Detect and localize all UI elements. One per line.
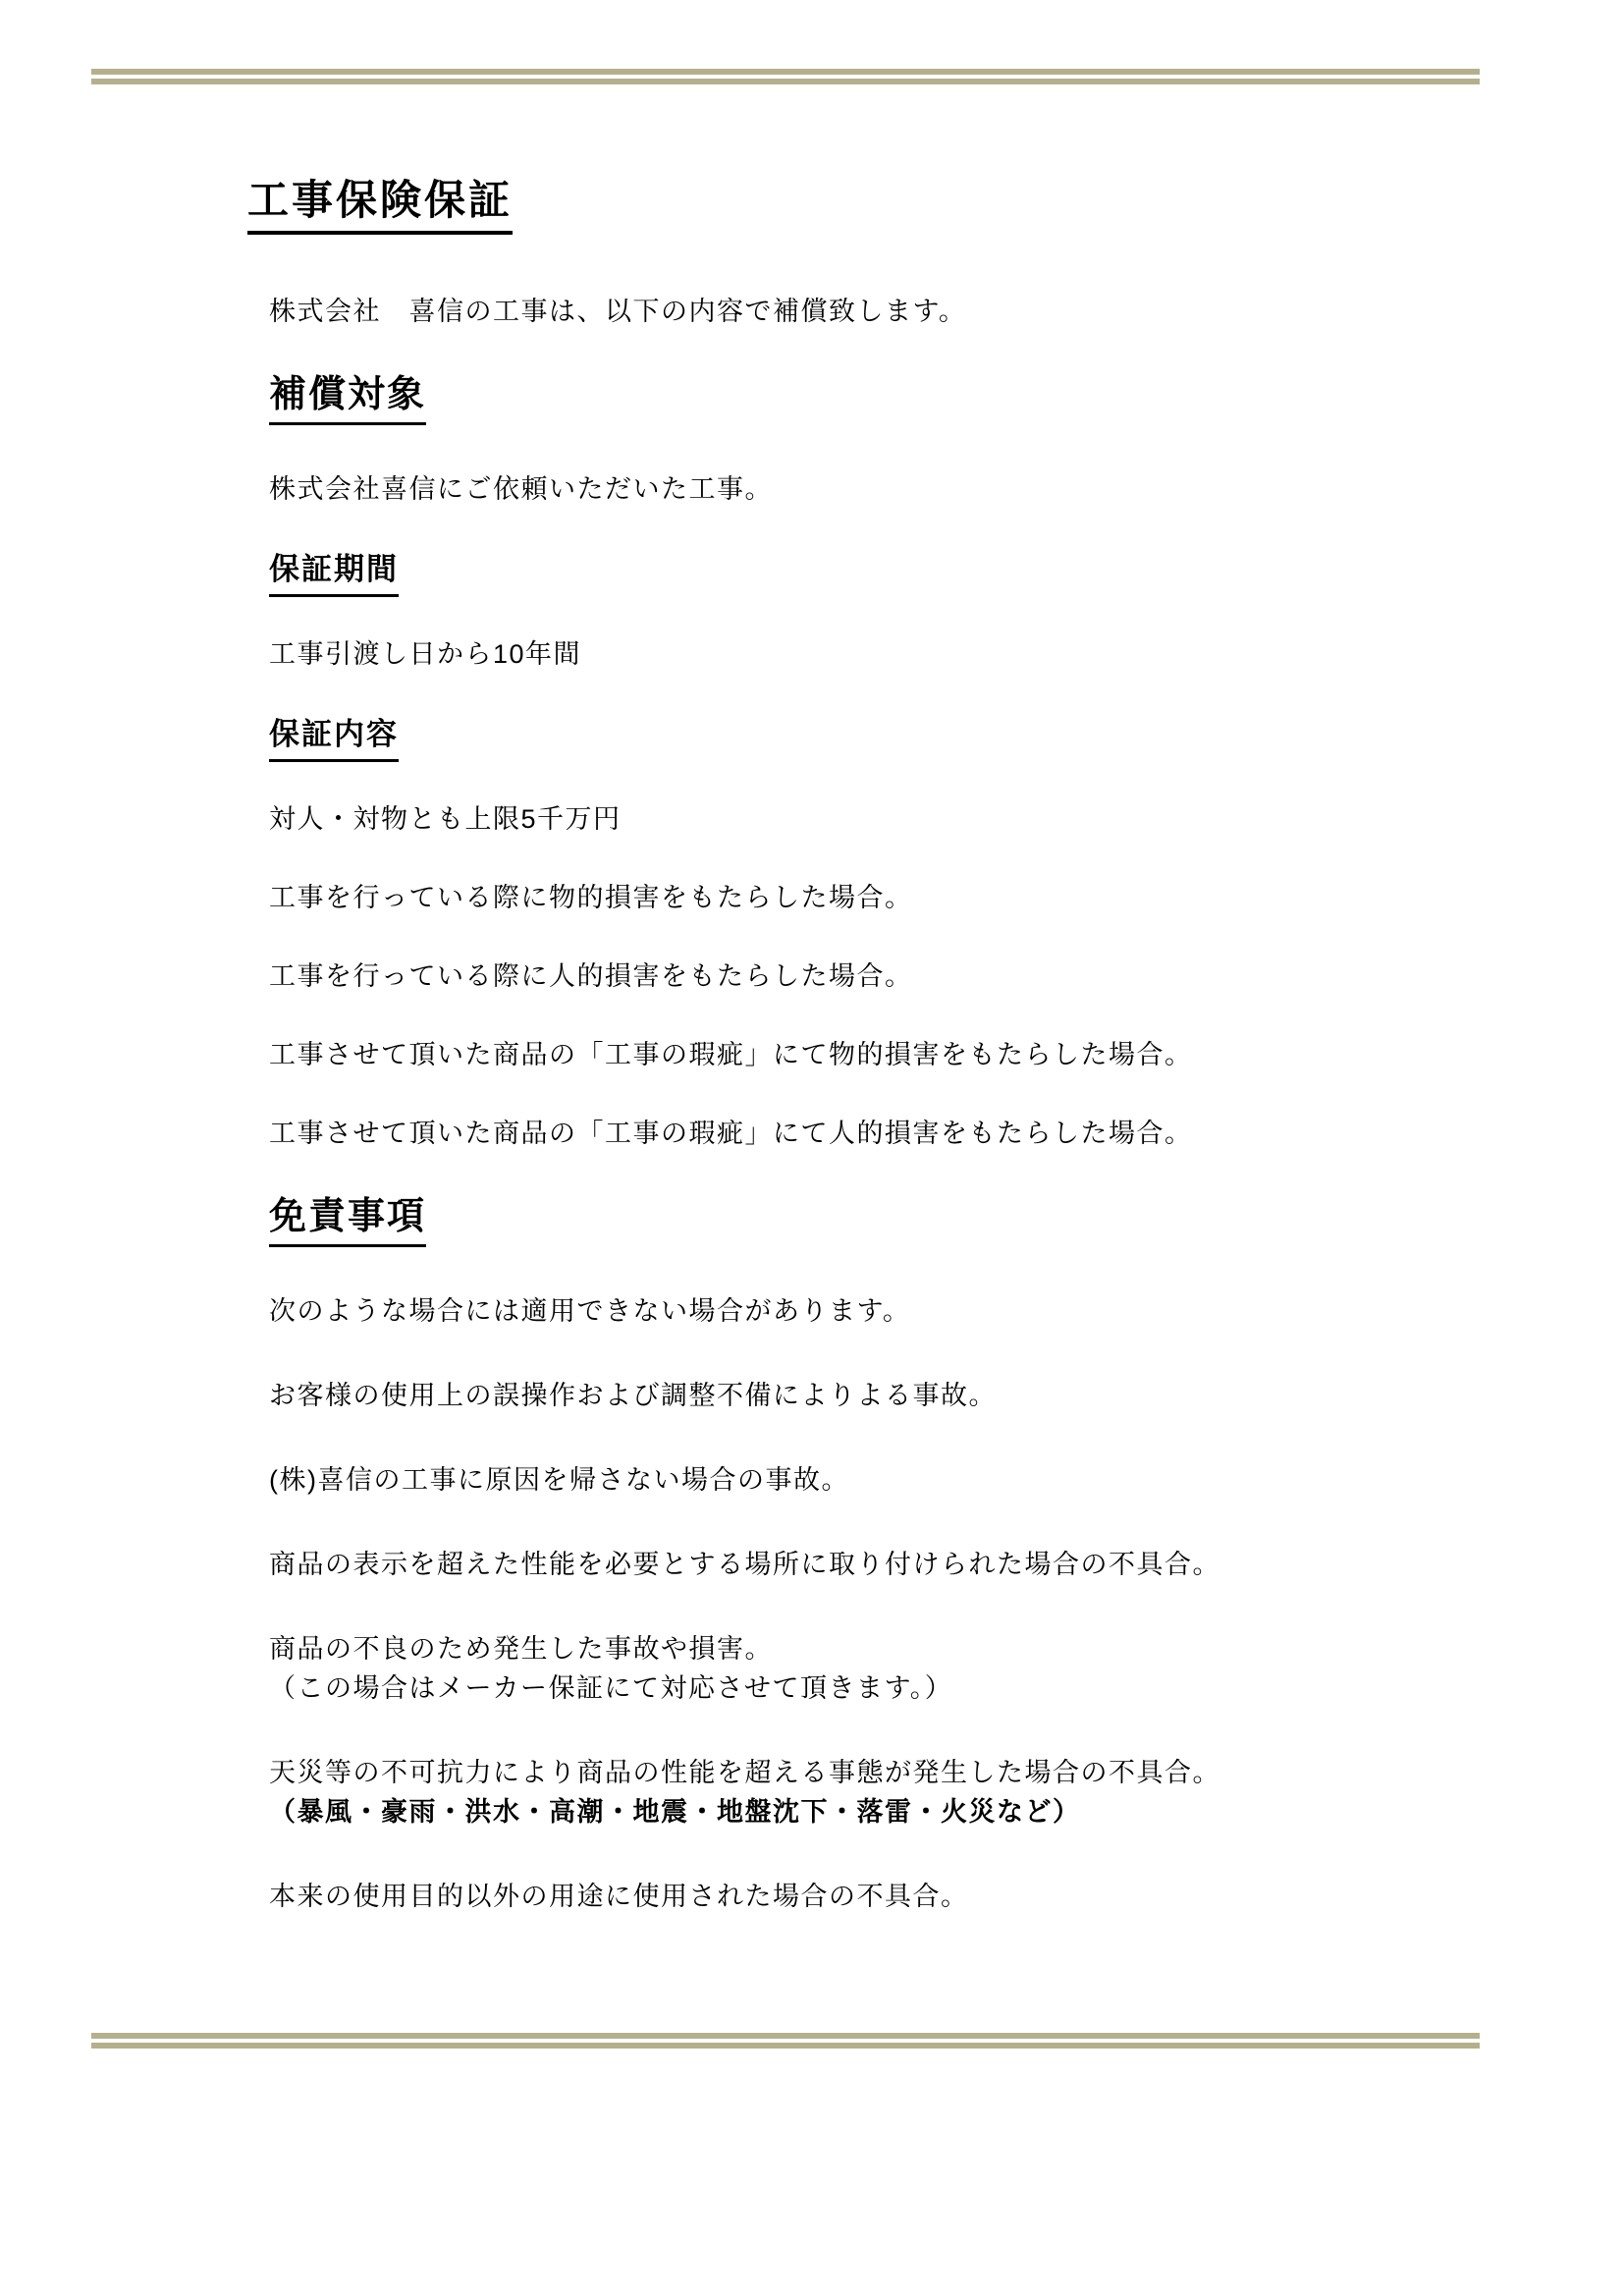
paragraph-line: 商品の不良のため発生した事故や損害。: [269, 1629, 1534, 1668]
section-exemptions: 免責事項 次のような場合には適用できない場合があります。 お客様の使用上の誤操作…: [247, 1192, 1534, 1916]
bottom-border-line-upper: [91, 2033, 1480, 2039]
paragraph: 工事させて頂いた商品の「工事の瑕疵」にて物的損害をもたらした場合。: [269, 1035, 1534, 1074]
paragraph-line: 工事させて頂いた商品の「工事の瑕疵」にて物的損害をもたらした場合。: [269, 1035, 1534, 1074]
paragraph: 天災等の不可抗力により商品の性能を超える事態が発生した場合の不具合。 （暴風・豪…: [269, 1753, 1534, 1831]
paragraph: 工事引渡し日から10年間: [269, 634, 1534, 674]
section-warranty-period: 保証期間 工事引渡し日から10年間: [247, 548, 1534, 674]
paragraph-line: お客様の使用上の誤操作および調整不備によりよる事故。: [269, 1376, 1534, 1415]
paragraph: 株式会社喜信にご依頼いただいた工事。: [269, 469, 1534, 509]
paragraph-line: 対人・対物とも上限5千万円: [269, 799, 1534, 839]
paragraph-line: 株式会社喜信にご依頼いただいた工事。: [269, 469, 1534, 509]
section-heading: 補償対象: [269, 370, 1534, 425]
paragraph: 次のような場合には適用できない場合があります。: [269, 1291, 1534, 1331]
document-page: 工事保険保証 株式会社 喜信の工事は、以下の内容で補償致します。 補償対象 株式…: [0, 0, 1624, 2296]
paragraph: お客様の使用上の誤操作および調整不備によりよる事故。: [269, 1376, 1534, 1415]
intro-paragraph: 株式会社 喜信の工事は、以下の内容で補償致します。: [269, 292, 1534, 331]
paragraph-line: 工事引渡し日から10年間: [269, 634, 1534, 674]
document-content: 工事保険保証 株式会社 喜信の工事は、以下の内容で補償致します。 補償対象 株式…: [247, 0, 1534, 1961]
section-compensation-target: 補償対象 株式会社喜信にご依頼いただいた工事。: [247, 370, 1534, 509]
paragraph-line-bold: （暴風・豪雨・洪水・高潮・地震・地盤沈下・落雷・火災など）: [269, 1792, 1534, 1831]
paragraph-line: 工事を行っている際に物的損害をもたらした場合。: [269, 878, 1534, 917]
paragraph: 商品の表示を超えた性能を必要とする場所に取り付けられた場合の不具合。: [269, 1545, 1534, 1584]
paragraph: 本来の使用目的以外の用途に使用された場合の不具合。: [269, 1877, 1534, 1916]
section-heading: 免責事項: [269, 1192, 1534, 1247]
paragraph-line: 天災等の不可抗力により商品の性能を超える事態が発生した場合の不具合。: [269, 1753, 1534, 1792]
paragraph: 商品の不良のため発生した事故や損害。 （この場合はメーカー保証にて対応させて頂き…: [269, 1629, 1534, 1708]
paragraph: 対人・対物とも上限5千万円: [269, 799, 1534, 839]
bottom-border-line-lower: [91, 2043, 1480, 2049]
section-heading: 保証期間: [269, 548, 1534, 597]
paragraph-line: （この場合はメーカー保証にて対応させて頂きます。）: [269, 1668, 1534, 1708]
paragraph: 工事を行っている際に物的損害をもたらした場合。: [269, 878, 1534, 917]
paragraph-line: 工事を行っている際に人的損害をもたらした場合。: [269, 957, 1534, 996]
section-heading: 保証内容: [269, 713, 1534, 762]
section-warranty-content: 保証内容 対人・対物とも上限5千万円 工事を行っている際に物的損害をもたらした場…: [247, 713, 1534, 1153]
paragraph: 工事させて頂いた商品の「工事の瑕疵」にて人的損害をもたらした場合。: [269, 1114, 1534, 1153]
paragraph-line: 本来の使用目的以外の用途に使用された場合の不具合。: [269, 1877, 1534, 1916]
paragraph: 工事を行っている際に人的損害をもたらした場合。: [269, 957, 1534, 996]
paragraph-line: 工事させて頂いた商品の「工事の瑕疵」にて人的損害をもたらした場合。: [269, 1114, 1534, 1153]
paragraph: (株)喜信の工事に原因を帰さない場合の事故。: [269, 1460, 1534, 1500]
paragraph-line: 次のような場合には適用できない場合があります。: [269, 1291, 1534, 1331]
paragraph-line: 商品の表示を超えた性能を必要とする場所に取り付けられた場合の不具合。: [269, 1545, 1534, 1584]
page-title: 工事保険保証: [247, 174, 1534, 235]
paragraph-line: (株)喜信の工事に原因を帰さない場合の事故。: [269, 1460, 1534, 1500]
